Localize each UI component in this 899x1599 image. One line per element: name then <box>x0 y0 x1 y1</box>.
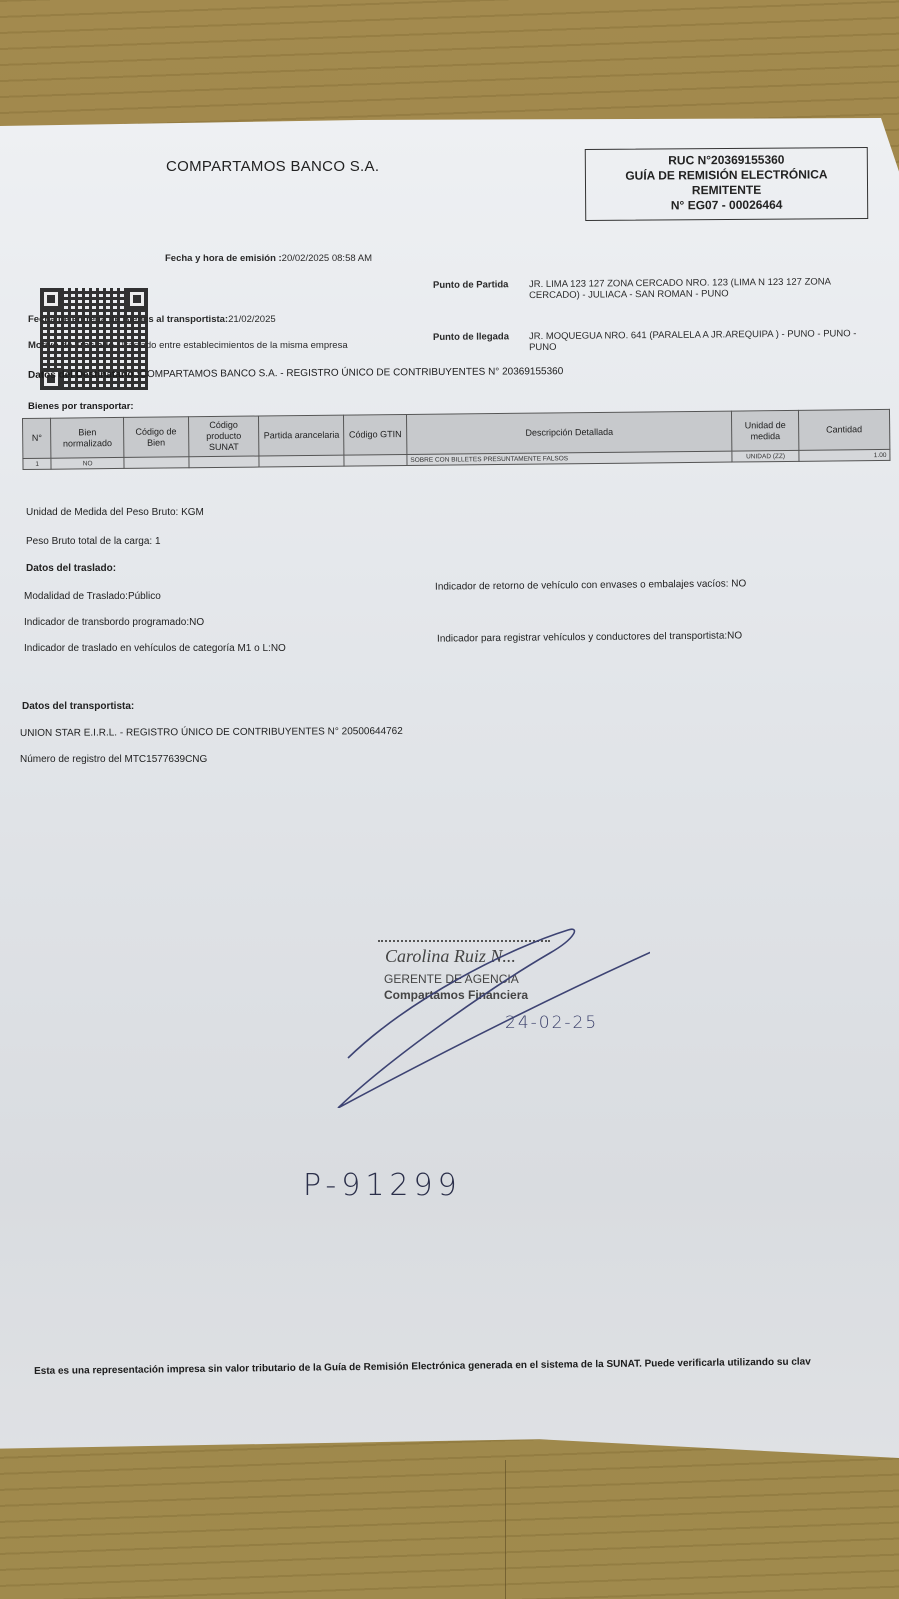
document-number: N° EG07 - 00026464 <box>586 197 867 214</box>
cell-gtin <box>344 454 407 466</box>
col-header: N° <box>23 418 52 458</box>
handwritten-code: P-91299 <box>303 1168 462 1203</box>
goods-title: Bienes por transportar: <box>28 401 134 412</box>
transfer-reason: Motivo de Traslado :Traslado entre estab… <box>28 340 348 351</box>
carrier-name: UNION STAR E.I.R.L. - REGISTRO ÚNICO DE … <box>20 726 403 739</box>
col-header: Partida arancelaria <box>259 415 344 456</box>
signature-stroke-icon <box>330 908 650 1108</box>
col-header: Código de Bien <box>124 417 189 458</box>
cell-code <box>124 457 189 469</box>
origin-point: Punto de Partida JR. LIMA 123 127 ZONA C… <box>433 276 873 302</box>
transfer-mode: Modalidad de Traslado:Público <box>24 591 161 602</box>
mtc-registration: Número de registro del MTC1577639CNG <box>20 754 207 765</box>
gross-weight-unit: Unidad de Medida del Peso Bruto: KGM <box>26 507 204 518</box>
register-vehicles-indicator: Indicador para registrar vehículos y con… <box>437 630 742 644</box>
transshipment-indicator: Indicador de transbordo programado:NO <box>24 617 204 628</box>
signer-organization: Compartamos Financiera <box>384 988 528 1002</box>
document-page: COMPARTAMOS BANCO S.A. RUC N°20369155360… <box>0 118 899 1458</box>
cell-description: SOBRE CON BILLETES PRESUNTAMENTE FALSOS <box>407 451 732 465</box>
col-header: Código producto SUNAT <box>188 416 259 457</box>
handwritten-date: 24-02-25 <box>505 1013 598 1033</box>
legal-footer: Esta es una representación impresa sin v… <box>34 1357 811 1377</box>
goods-table: N° Bien normalizado Código de Bien Códig… <box>22 409 890 470</box>
signature-line <box>378 940 550 942</box>
emission-date: Fecha y hora de emisión :20/02/2025 08:5… <box>165 253 372 264</box>
cell-normalized: NO <box>51 457 124 469</box>
m1-category-indicator: Indicador de traslado en vehículos de ca… <box>24 643 286 654</box>
col-header: Bien normalizado <box>51 417 124 458</box>
cell-sunat-code <box>189 456 260 468</box>
destination-point: Punto de llegada JR. MOQUEGUA NRO. 641 (… <box>433 328 878 354</box>
signer-name: Carolina Ruiz N... <box>385 946 516 967</box>
transfer-section-title: Datos del traslado: <box>26 563 116 574</box>
cell-quantity: 1.00 <box>799 449 890 461</box>
carrier-section-title: Datos del transportista: <box>22 701 134 712</box>
document-type: GUÍA DE REMISIÓN ELECTRÓNICA <box>586 167 867 184</box>
col-header: Cantidad <box>798 409 889 450</box>
wood-seam <box>505 1460 506 1599</box>
cell-number: 1 <box>23 458 51 469</box>
gross-weight-total: Peso Bruto total de la carga: 1 <box>26 536 161 547</box>
cell-unit: UNIDAD (ZZ) <box>732 450 799 462</box>
delivery-date: Fecha de entrega de Bienes al transporti… <box>28 314 276 325</box>
company-name: COMPARTAMOS BANCO S.A. <box>166 158 379 175</box>
col-header: Descripción Detallada <box>406 411 732 454</box>
col-header: Código GTIN <box>344 414 407 455</box>
signer-role: GERENTE DE AGENCIA <box>384 972 519 986</box>
return-indicator: Indicador de retorno de vehículo con env… <box>435 578 746 592</box>
recipient-data: Datos del Destinatario :COMPARTAMOS BANC… <box>28 366 563 381</box>
document-id-box: RUC N°20369155360 GUÍA DE REMISIÓN ELECT… <box>585 147 868 221</box>
col-header: Unidad de medida <box>732 410 799 451</box>
cell-tariff <box>259 455 344 467</box>
